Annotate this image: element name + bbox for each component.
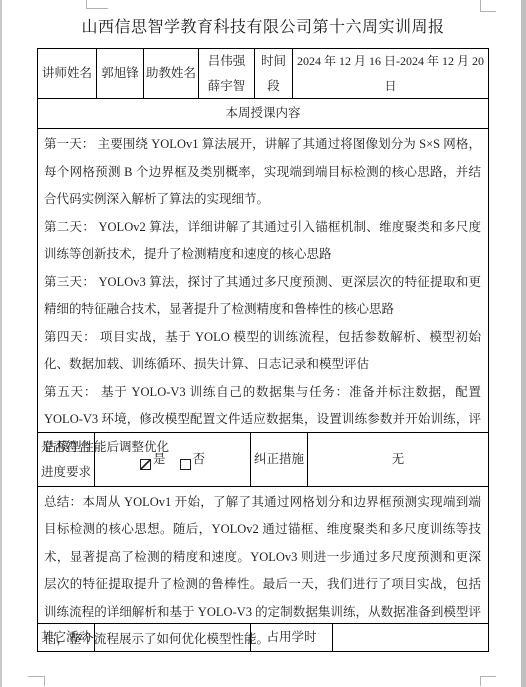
assistant-label: 助教姓名: [144, 49, 199, 98]
correction-label: 纠正措施: [251, 433, 308, 486]
instructor-name: 郭旭锋: [97, 49, 144, 98]
progress-row: 是否符合 进度要求 是: [38, 433, 488, 487]
correction-value: 无: [308, 433, 488, 486]
hours-used-value: [333, 624, 488, 651]
page-right-edge: [521, 0, 526, 687]
day3-paragraph: 第三天： YOLOv3 算法，探讨了其通过多尺度预测、更深层次的特征提取和更精细…: [44, 269, 481, 324]
period-label: 时间段: [255, 49, 293, 98]
yes-label: 是: [153, 447, 166, 472]
assistant-name-1: 吕伟强: [208, 49, 246, 74]
crop-mark-bottom-left: [28, 676, 45, 686]
no-label: 否: [193, 447, 206, 472]
document-title: 山西信思智学教育科技有限公司第十六周实训周报: [0, 14, 526, 37]
period-value: 2024 年 12 月 16 日-2024 年 12 月 20 日: [293, 49, 488, 98]
hours-used-label: 占用学时: [251, 624, 333, 651]
weekly-content-cell: 第一天： 主要围绕 YOLOv1 算法展开，讲解了其通过将图像划分为 S×S 网…: [38, 129, 488, 432]
weekly-content-row: 第一天： 主要围绕 YOLOv1 算法展开，讲解了其通过将图像划分为 S×S 网…: [38, 129, 488, 433]
report-table: 讲师姓名 郭旭锋 助教姓名 吕伟强 薛宇智 时间段 2024 年 12 月 16…: [37, 48, 489, 652]
crop-mark-bottom-right: [480, 676, 496, 686]
summary-row: 总结：本周从 YOLOv1 开始，了解了其通过网格划分和边界框预测实现端到端目标…: [38, 487, 488, 624]
day4-paragraph: 第四天： 项目实战，基于 YOLO 模型的训练流程，包括参数解析、模型初始化、数…: [44, 324, 481, 379]
progress-checkboxes: 是 否: [95, 433, 251, 486]
content-header-row: 本周授课内容: [38, 99, 488, 129]
no-checkbox-empty-icon: [180, 454, 191, 465]
other-activities-label: 其它活动: [38, 624, 95, 651]
instructor-label: 讲师姓名: [38, 49, 97, 98]
day2-paragraph: 第二天： YOLOv2 算法，详细讲解了其通过引入锚框机制、维度聚类和多尺度训练…: [44, 214, 481, 269]
crop-mark-top-right: [480, 0, 496, 12]
page-left-edge: [0, 0, 2, 687]
footer-row: 其它活动 占用学时: [38, 624, 488, 651]
crop-mark-top-left: [86, 0, 108, 9]
assistant-names: 吕伟强 薛宇智: [199, 49, 255, 98]
assistant-name-2: 薛宇智: [208, 74, 246, 99]
summary-cell: 总结：本周从 YOLOv1 开始，了解了其通过网格划分和边界框预测实现端到端目标…: [38, 487, 488, 623]
yes-checkbox-checked-icon: [140, 454, 151, 465]
info-row: 讲师姓名 郭旭锋 助教姓名 吕伟强 薛宇智 时间段 2024 年 12 月 16…: [38, 49, 488, 99]
content-header: 本周授课内容: [38, 99, 488, 128]
progress-label: 是否符合 进度要求: [38, 433, 95, 486]
day1-paragraph: 第一天： 主要围绕 YOLOv1 算法展开，讲解了其通过将图像划分为 S×S 网…: [44, 131, 481, 214]
document-page: 山西信思智学教育科技有限公司第十六周实训周报 讲师姓名 郭旭锋 助教姓名 吕伟强…: [0, 0, 526, 687]
other-activities-value: [95, 624, 251, 651]
